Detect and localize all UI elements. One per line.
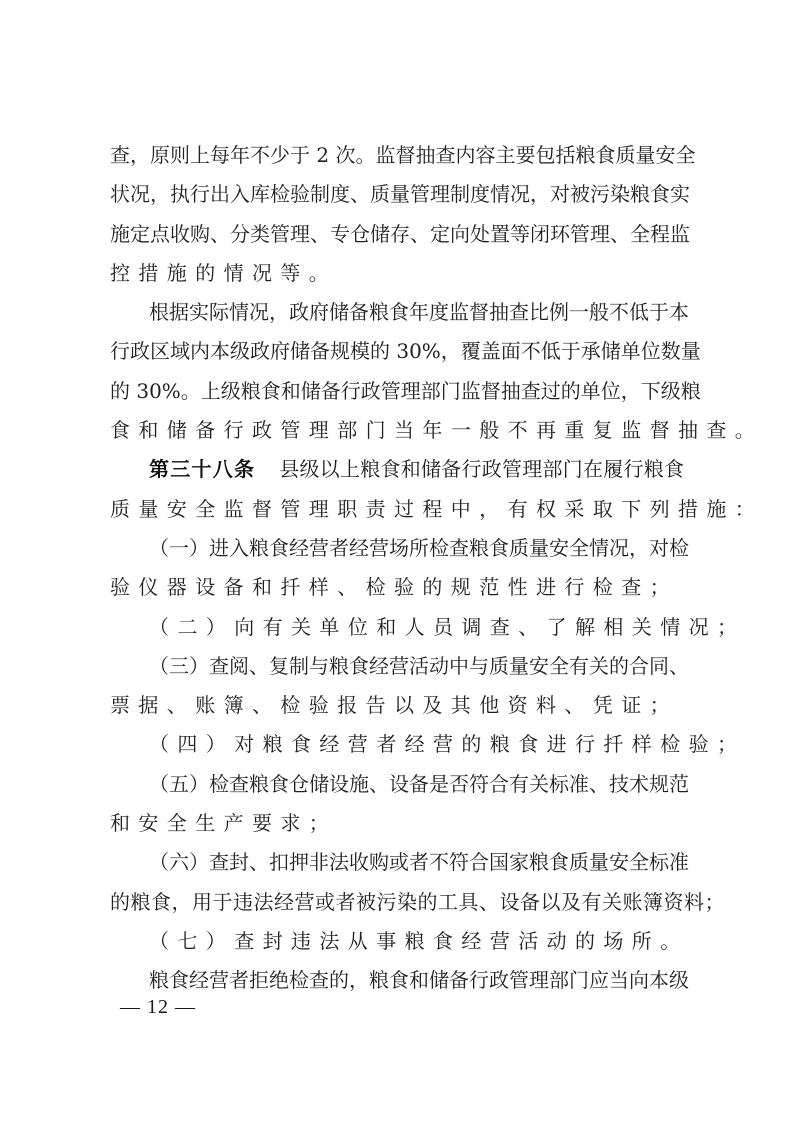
list-item-3: （三）查阅、复制与粮食经营活动中与质量安全有关的合同、: [110, 647, 684, 686]
article-number: 第三十八条: [149, 457, 255, 481]
article-text: 县级以上粮食和储备行政管理部门在履行粮食: [279, 457, 684, 481]
list-item-1: （一）进入粮食经营者经营场所检查粮食质量安全情况，对检: [110, 529, 684, 568]
text-line: 食和储备行政管理部门当年一般不再重复监督抽查。: [110, 411, 684, 450]
list-item-7: （七）查封违法从事粮食经营活动的场所。: [110, 922, 684, 961]
text-line: 的 30%。上级粮食和储备行政管理部门监督抽查过的单位，下级粮: [110, 372, 684, 411]
document-body: 查，原则上每年不少于 2 次。监督抽查内容主要包括粮食质量安全 状况，执行出入库…: [110, 136, 684, 1001]
text-line: 施定点收购、分类管理、专仓储存、定向处置等闭环管理、全程监: [110, 215, 684, 254]
list-item-5: （五）检查粮食仓储设施、设备是否符合有关标准、技术规范: [110, 765, 684, 804]
document-page: 查，原则上每年不少于 2 次。监督抽查内容主要包括粮食质量安全 状况，执行出入库…: [0, 0, 794, 1123]
text-line: 行政区域内本级政府储备规模的 30%，覆盖面不低于承储单位数量: [110, 332, 684, 371]
list-item-4: （四）对粮食经营者经营的粮食进行扦样检验；: [110, 725, 684, 764]
article-heading-line: 第三十八条县级以上粮食和储备行政管理部门在履行粮食: [110, 450, 684, 489]
text-line: 质量安全监督管理职责过程中，有权采取下列措施：: [110, 490, 684, 529]
text-line: 状况，执行出入库检验制度、质量管理制度情况，对被污染粮食实: [110, 175, 684, 214]
text-line: 控措施的情况等。: [110, 254, 684, 293]
text-line: 票据、账簿、检验报告以及其他资料、凭证；: [110, 686, 684, 725]
page-number: — 12 —: [120, 996, 196, 1019]
text-line: 验仪器设备和扦样、检验的规范性进行检查；: [110, 568, 684, 607]
list-item-6: （六）查封、扣押非法收购或者不符合国家粮食质量安全标准: [110, 843, 684, 882]
list-item-2: （二）向有关单位和人员调查、了解相关情况；: [110, 608, 684, 647]
paragraph-start-line: 根据实际情况，政府储备粮食年度监督抽查比例一般不低于本: [110, 293, 684, 332]
text-line: 的粮食，用于违法经营或者被污染的工具、设备以及有关账簿资料；: [110, 883, 684, 922]
paragraph-start-line: 粮食经营者拒绝检查的，粮食和储备行政管理部门应当向本级: [110, 961, 684, 1000]
text-line: 和安全生产要求；: [110, 804, 684, 843]
text-line: 查，原则上每年不少于 2 次。监督抽查内容主要包括粮食质量安全: [110, 136, 684, 175]
